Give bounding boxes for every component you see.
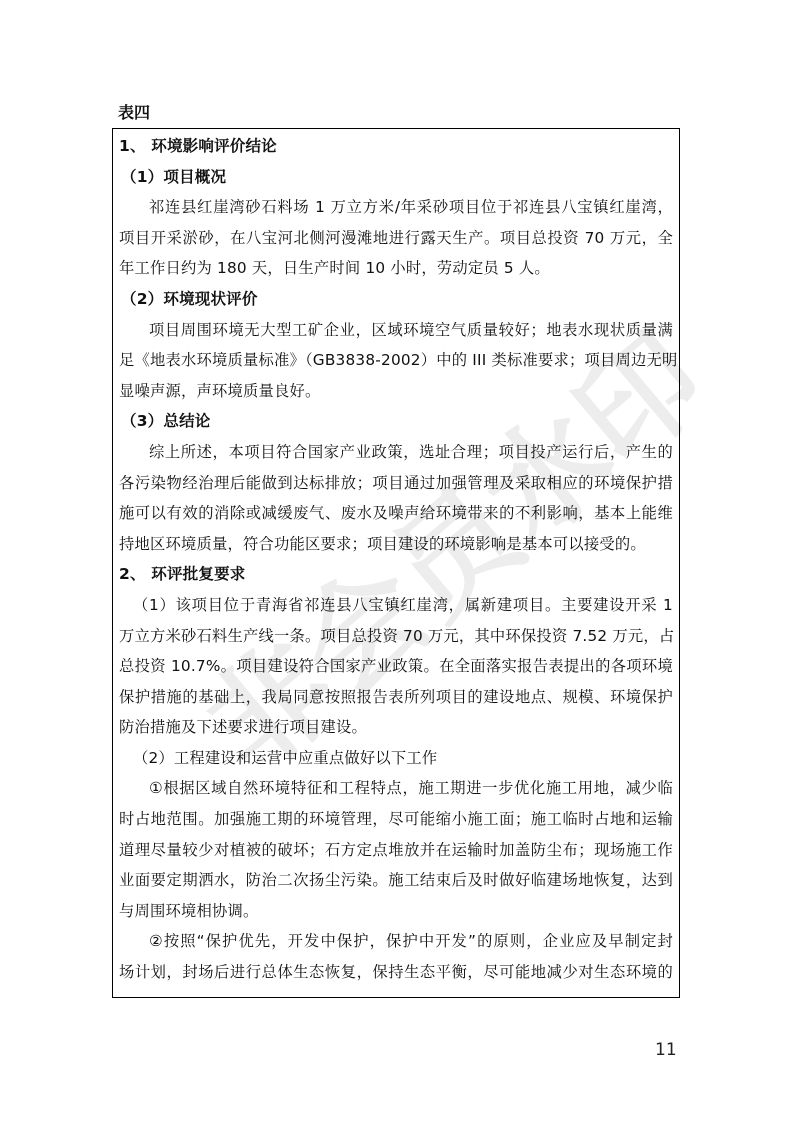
paragraph-line: 场计划，封场后进行总体生态恢复，保持生态平衡，尽可能地减少对生态环境的 (119, 957, 673, 988)
section-heading-2: 2、 环评批复要求 (119, 559, 673, 590)
paragraph-line: 总投资 10.7%。项目建设符合国家产业政策。在全面落实报告表提出的各项环境 (119, 651, 673, 682)
subheading-overall-conclusion: （3）总结论 (119, 406, 673, 437)
paragraph-line: 防治措施及下述要求进行项目建设。 (119, 712, 673, 743)
paragraph-line: 与周围环境相协调。 (119, 896, 673, 927)
subheading-project-overview: （1）项目概况 (119, 162, 673, 193)
paragraph-line: 祁连县红崖湾砂石料场 1 万立方米/年采砂项目位于祁连县八宝镇红崖湾， (119, 192, 673, 223)
subheading-current-status: （2）环境现状评价 (119, 284, 673, 315)
paragraph-line: 施可以有效的消除或减缓废气、废水及噪声给环境带来的不利影响，基本上能维 (119, 498, 673, 529)
paragraph-line: 道理尽量较少对植被的破坏；石方定点堆放并在运输时加盖防尘布；现场施工作 (119, 835, 673, 866)
paragraph-line: （2）工程建设和运营中应重点做好以下工作 (119, 743, 673, 774)
paragraph-line: 项目周围环境无大型工矿企业，区域环境空气质量较好；地表水现状质量满 (119, 315, 673, 346)
table-title: 表四 (118, 100, 150, 123)
paragraph-line: 时占地范围。加强施工期的环境管理，尽可能缩小施工面；施工临时占地和运输 (119, 804, 673, 835)
page-number: 11 (655, 1040, 677, 1060)
paragraph-line: ①根据区域自然环境特征和工程特点，施工期进一步优化施工用地，减少临 (119, 773, 673, 804)
paragraph-line: 各污染物经治理后能做到达标排放；项目通过加强管理及采取相应的环境保护措 (119, 468, 673, 499)
conclusion-table: 1、 环境影响评价结论 （1）项目概况 祁连县红崖湾砂石料场 1 万立方米/年采… (112, 128, 680, 998)
paragraph-line: 年工作日约为 180 天，日生产时间 10 小时，劳动定员 5 人。 (119, 253, 673, 284)
paragraph-line: 业面要定期洒水，防治二次扬尘污染。施工结束后及时做好临建场地恢复，达到 (119, 865, 673, 896)
paragraph-line: （1）该项目位于青海省祁连县八宝镇红崖湾，属新建项目。主要建设开采 1 (119, 590, 673, 621)
paragraph-line: 项目开采淤砂，在八宝河北侧河漫滩地进行露天生产。项目总投资 70 万元，全 (119, 223, 673, 254)
paragraph-line: 保护措施的基础上，我局同意按照报告表所列项目的建设地点、规模、环境保护 (119, 682, 673, 713)
paragraph-line: 万立方米砂石料生产线一条。项目总投资 70 万元，其中环保投资 7.52 万元，… (119, 621, 673, 652)
section-heading-1: 1、 环境影响评价结论 (119, 131, 673, 162)
paragraph-line: 足《地表水环境质量标准》（GB3838-2002）中的 III 类标准要求；项目… (119, 345, 673, 376)
paragraph-line: 显噪声源，声环境质量良好。 (119, 376, 673, 407)
paragraph-line: 综上所述，本项目符合国家产业政策，选址合理；项目投产运行后，产生的 (119, 437, 673, 468)
paragraph-line: ②按照“保护优先，开发中保护，保护中开发”的原则，企业应及早制定封 (119, 926, 673, 957)
paragraph-line: 持地区环境质量，符合功能区要求；项目建设的环境影响是基本可以接受的。 (119, 529, 673, 560)
